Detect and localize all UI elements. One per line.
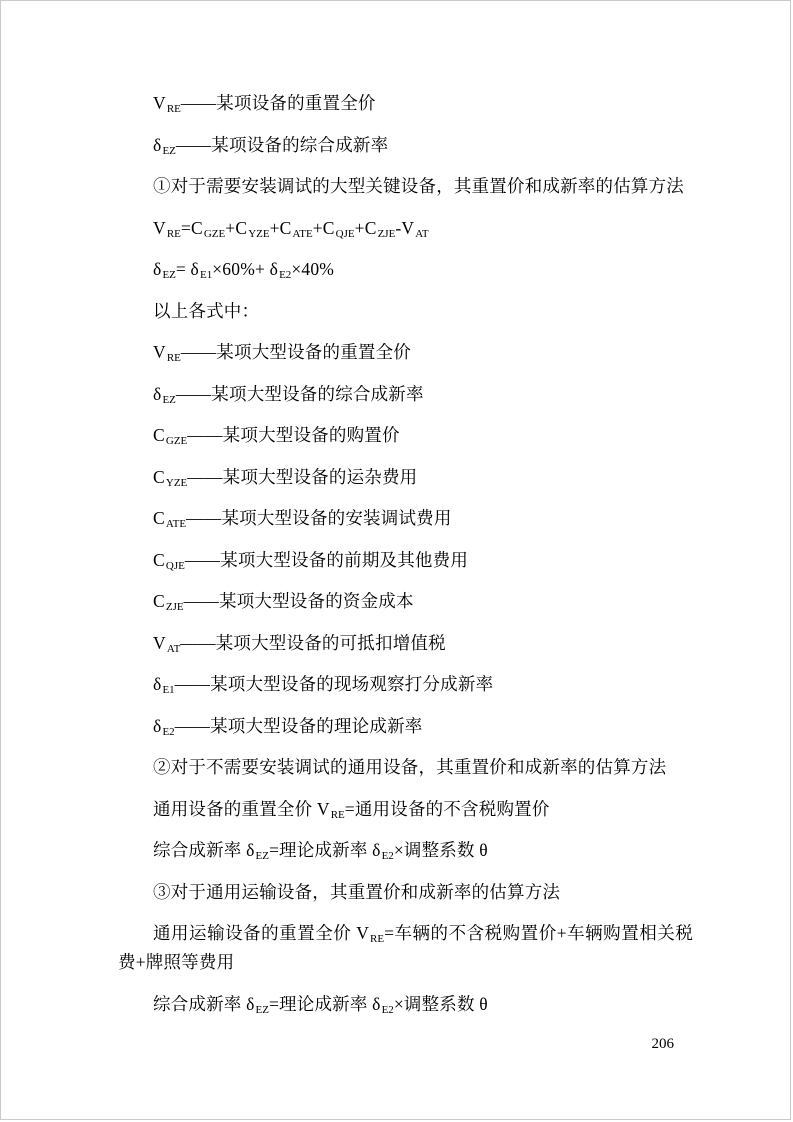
paragraph: VRE——某项设备的重置全价	[118, 89, 693, 118]
subscript: ZJE	[378, 228, 396, 240]
subscript: RE	[370, 933, 384, 945]
subscript: E2	[279, 269, 291, 281]
paragraph: CZJE——某项大型设备的资金成本	[118, 587, 693, 616]
subscript: AT	[167, 643, 180, 655]
paragraph: VRE——某项大型设备的重置全价	[118, 338, 693, 367]
subscript: ATE	[293, 228, 313, 240]
subscript: EZ	[162, 269, 175, 281]
document-page: VRE——某项设备的重置全价δEZ——某项设备的综合成新率①对于需要安装调试的大…	[0, 0, 791, 1120]
subscript: YZE	[248, 228, 269, 240]
subscript: ZJE	[166, 601, 184, 613]
paragraph: 综合成新率 δEZ=理论成新率 δE2×调整系数 θ	[118, 836, 693, 865]
paragraph: CATE——某项大型设备的安装调试费用	[118, 504, 693, 533]
paragraph: CYZE——某项大型设备的运杂费用	[118, 463, 693, 492]
subscript: GZE	[166, 435, 187, 447]
document-body: VRE——某项设备的重置全价δEZ——某项设备的综合成新率①对于需要安装调试的大…	[118, 89, 693, 1031]
paragraph: VRE=CGZE+CYZE+CATE+CQJE+CZJE-VAT	[118, 214, 693, 243]
paragraph: ③对于通用运输设备，其重置价和成新率的估算方法	[118, 878, 693, 907]
subscript: RE	[167, 228, 181, 240]
subscript: E1	[200, 269, 212, 281]
paragraph: 通用设备的重置全价 VRE=通用设备的不含税购置价	[118, 795, 693, 824]
subscript: E2	[162, 726, 174, 738]
paragraph: CQJE——某项大型设备的前期及其他费用	[118, 546, 693, 575]
subscript: AT	[415, 228, 428, 240]
subscript: QJE	[166, 560, 185, 572]
paragraph: ②对于不需要安装调试的通用设备，其重置价和成新率的估算方法	[118, 753, 693, 782]
subscript: RE	[331, 809, 345, 821]
paragraph: 通用运输设备的重置全价 VRE=车辆的不含税购置价+车辆购置相关税费+牌照等费用	[118, 919, 693, 977]
subscript: E1	[162, 684, 174, 696]
subscript: QJE	[336, 228, 355, 240]
subscript: GZE	[204, 228, 225, 240]
subscript: EZ	[256, 850, 269, 862]
paragraph: δEZ——某项设备的综合成新率	[118, 131, 693, 160]
paragraph: δE1——某项大型设备的现场观察打分成新率	[118, 670, 693, 699]
subscript: EZ	[162, 394, 175, 406]
subscript: EZ	[256, 1004, 269, 1016]
subscript: E2	[382, 850, 394, 862]
subscript: EZ	[162, 145, 175, 157]
page-number: 206	[652, 1035, 675, 1053]
paragraph: 以上各式中：	[118, 297, 693, 326]
paragraph: 综合成新率 δEZ=理论成新率 δE2×调整系数 θ	[118, 990, 693, 1019]
paragraph: ①对于需要安装调试的大型关键设备，其重置价和成新率的估算方法	[118, 172, 693, 201]
paragraph: VAT——某项大型设备的可抵扣增值税	[118, 629, 693, 658]
subscript: RE	[167, 352, 181, 364]
subscript: ATE	[166, 518, 186, 530]
subscript: E2	[382, 1004, 394, 1016]
paragraph: δEZ= δE1×60%+ δE2×40%	[118, 255, 693, 284]
paragraph: δE2——某项大型设备的理论成新率	[118, 712, 693, 741]
paragraph: CGZE——某项大型设备的购置价	[118, 421, 693, 450]
paragraph: δEZ——某项大型设备的综合成新率	[118, 380, 693, 409]
subscript: RE	[167, 103, 181, 115]
subscript: YZE	[166, 477, 187, 489]
